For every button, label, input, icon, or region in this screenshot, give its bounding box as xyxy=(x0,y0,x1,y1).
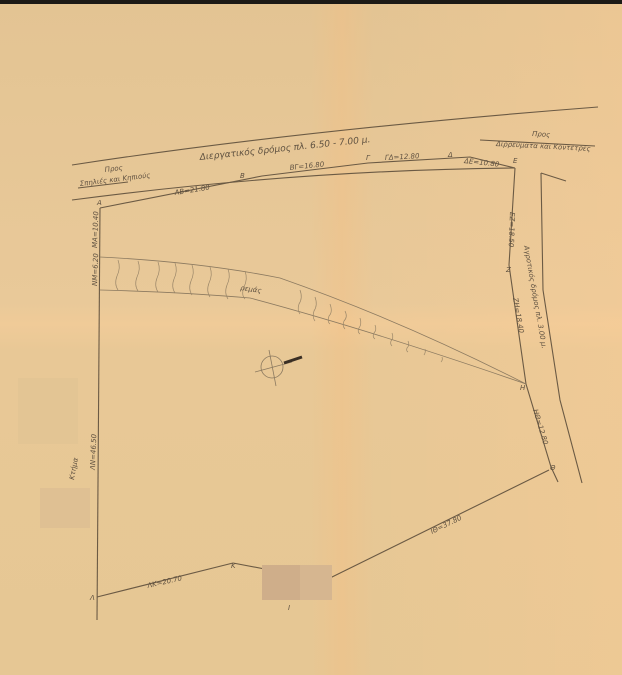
segment-ab: ΑΒ=21.80 xyxy=(173,183,211,197)
vertex-d: Δ xyxy=(447,151,453,159)
segment-ti: ΙΘ=37.80 xyxy=(429,514,463,536)
vertex-h: Η xyxy=(520,384,526,392)
vertex-e: Ε xyxy=(513,157,518,165)
road-west-heading: Προς xyxy=(104,164,123,174)
road-west-place: Σπηλιές και Κηπιούς xyxy=(79,171,151,188)
stream-lower-edge xyxy=(100,290,526,384)
segment-west-mid: ΝΜ=6.20 xyxy=(91,253,100,287)
road-east-heading: Προς xyxy=(532,130,551,139)
stream-hatching xyxy=(116,260,443,362)
road-east-top xyxy=(541,173,566,181)
vertex-g: Γ xyxy=(366,154,371,162)
redaction-block xyxy=(262,565,300,600)
stream-upper-edge xyxy=(100,257,526,384)
road-north-label: Διεργατικός δρόμος πλ. 6.50 - 7.00 μ. xyxy=(198,134,371,163)
vertex-i: Ι xyxy=(288,604,290,612)
redaction-block xyxy=(300,565,332,600)
segment-lk: ΛΚ=20.70 xyxy=(146,574,184,590)
survey-sheet: Διεργατικός δρόμος πλ. 6.50 - 7.00 μ. Πρ… xyxy=(0,0,622,675)
vertex-z: Ζ xyxy=(505,266,511,274)
north-arrow-icon xyxy=(255,350,302,386)
west-side-label: Κτήμα xyxy=(68,457,80,481)
segment-de: ΔΕ=10.80 xyxy=(463,157,500,169)
segment-west-main: ΛΝ=46.50 xyxy=(89,433,98,471)
segment-ez: ΕΖ=18.50 xyxy=(507,212,516,248)
road-east-place: Διρρεύματα και Κοντέτρες xyxy=(495,140,591,153)
segment-west-top: ΜΑ=10.40 xyxy=(91,211,100,249)
vertex-a: Α xyxy=(96,199,102,207)
vertex-b: Β xyxy=(240,172,245,180)
road-north-upper-edge xyxy=(72,107,598,165)
vertex-t: Θ xyxy=(550,464,556,472)
segment-ht: ΗΘ=12.80 xyxy=(531,408,550,446)
vertex-l: Λ xyxy=(89,594,95,602)
stream-label: ρεμάς xyxy=(240,284,262,295)
segment-zh: ΖΗ=18.40 xyxy=(511,296,525,334)
redaction-block xyxy=(40,488,90,528)
redaction-block xyxy=(18,378,78,444)
